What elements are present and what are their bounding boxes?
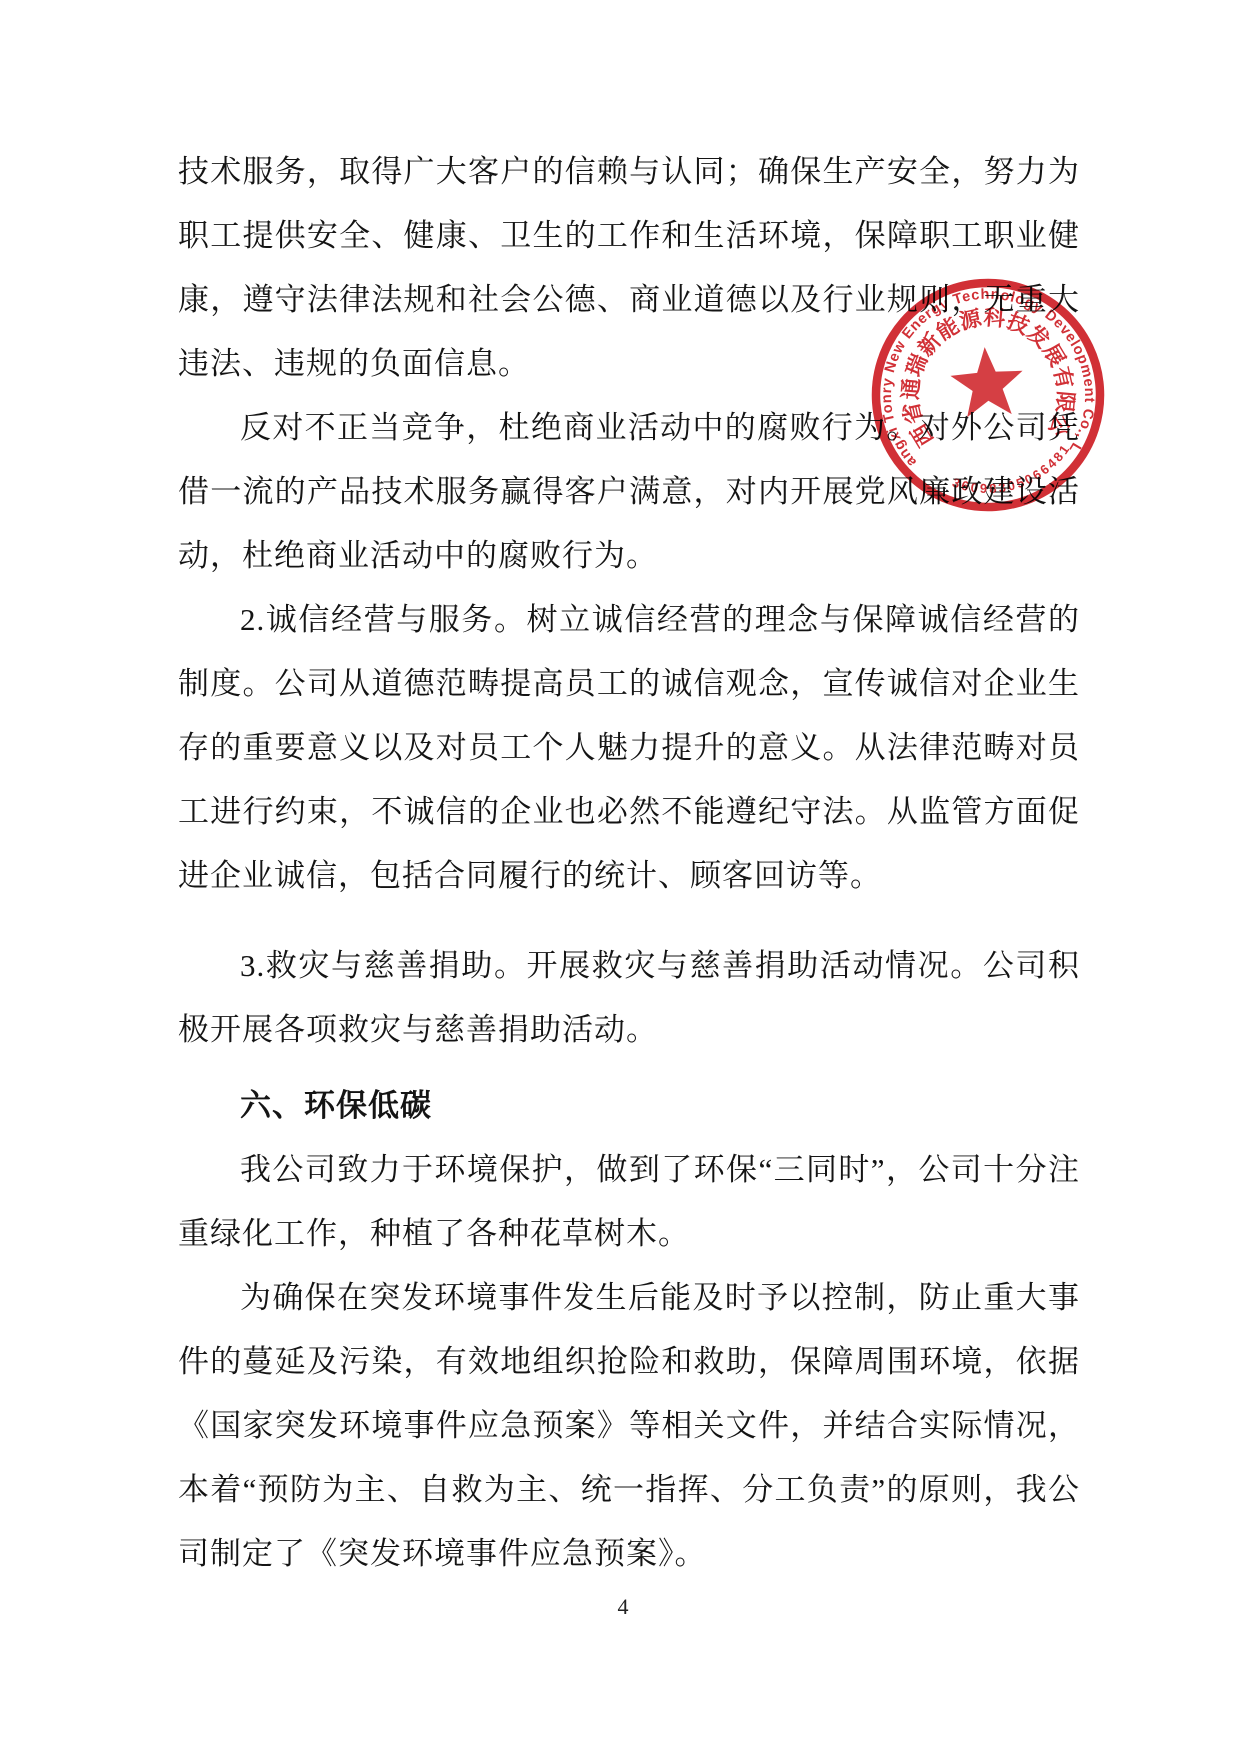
document-page: 技术服务，取得广大客户的信赖与认同；确保生产安全，努力为职工提供安全、健康、卫生… (0, 0, 1246, 1744)
paragraph: 3.救灾与慈善捐助。开展救灾与慈善捐助活动情况。公司积极开展各项救灾与慈善捐助活… (178, 934, 1080, 1062)
page-number: 4 (0, 1594, 1246, 1620)
paragraph: 技术服务，取得广大客户的信赖与认同；确保生产安全，努力为职工提供安全、健康、卫生… (178, 140, 1080, 396)
document-body: 技术服务，取得广大客户的信赖与认同；确保生产安全，努力为职工提供安全、健康、卫生… (178, 140, 1080, 1586)
paragraph: 反对不正当竞争，杜绝商业活动中的腐败行为。对外公司凭借一流的产品技术服务赢得客户… (178, 396, 1080, 588)
paragraph: 为确保在突发环境事件发生后能及时予以控制，防止重大事件的蔓延及污染，有效地组织抢… (178, 1266, 1080, 1586)
section-heading: 六、环保低碳 (178, 1074, 1080, 1138)
paragraph: 2.诚信经营与服务。树立诚信经营的理念与保障诚信经营的制度。公司从道德范畴提高员… (178, 588, 1080, 908)
paragraph: 我公司致力于环境保护，做到了环保“三同时”，公司十分注重绿化工作，种植了各种花草… (178, 1138, 1080, 1266)
